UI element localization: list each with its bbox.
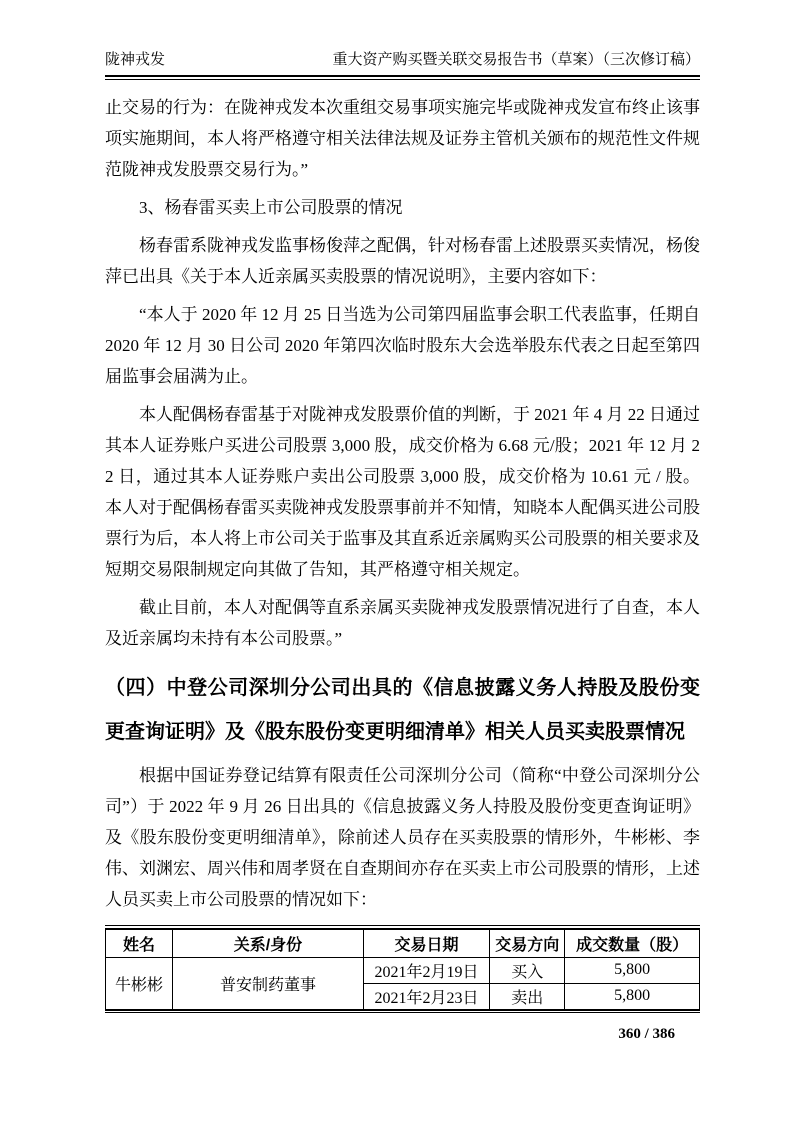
- section-heading-4: （四）中登公司深圳分公司出具的《信息披露义务人持股及股份变更查询证明》及《股东股…: [105, 666, 700, 754]
- cell-quantity: 5,800: [565, 983, 700, 1010]
- column-header-quantity: 成交数量（股）: [565, 929, 700, 958]
- document-body: 止交易的行为：在陇神戎发本次重组交易事项实施完毕或陇神戎发宣布终止该事项实施期间…: [105, 92, 700, 1013]
- running-header: 陇神戎发 重大资产购买暨关联交易报告书（草案）（三次修订稿）: [105, 50, 700, 70]
- cell-name: 牛彬彬: [106, 957, 173, 1010]
- cell-direction: 卖出: [490, 983, 565, 1010]
- column-header-relation: 关系/身份: [173, 929, 364, 958]
- paragraph-continuation: 止交易的行为：在陇神戎发本次重组交易事项实施完毕或陇神戎发宣布终止该事项实施期间…: [105, 92, 700, 185]
- column-header-direction: 交易方向: [490, 929, 565, 958]
- table-header-row: 姓名 关系/身份 交易日期 交易方向 成交数量（股）: [106, 929, 700, 958]
- paragraph-quote-3: 截止目前，本人对配偶等直系亲属买卖陇神戎发股票情况进行了自查，本人及近亲属均未持…: [105, 592, 700, 654]
- table-row: 牛彬彬 普安制药董事 2021年2月19日 买入 5,800: [106, 957, 700, 983]
- cell-relation: 普安制药董事: [173, 957, 364, 1010]
- header-company-name: 陇神戎发: [105, 50, 165, 70]
- document-page: 陇神戎发 重大资产购买暨关联交易报告书（草案）（三次修订稿） 止交易的行为：在陇…: [0, 0, 793, 1122]
- paragraph-quote-2: 本人配偶杨春雷基于对陇神戎发股票价值的判断，于 2021 年 4 月 22 日通…: [105, 399, 700, 585]
- trades-table-wrapper: 姓名 关系/身份 交易日期 交易方向 成交数量（股） 牛彬彬 普安制药董事 20…: [105, 925, 700, 1013]
- cell-date: 2021年2月23日: [363, 983, 490, 1010]
- paragraph-section-intro: 根据中国证券登记结算有限责任公司深圳分公司（简称“中登公司深圳分公司”）于 20…: [105, 760, 700, 915]
- sub-heading-3: 3、杨春雷买卖上市公司股票的情况: [105, 192, 700, 223]
- column-header-name: 姓名: [106, 929, 173, 958]
- page-number: 360 / 386: [618, 1026, 675, 1042]
- header-report-title: 重大资产购买暨关联交易报告书（草案）（三次修订稿）: [332, 50, 700, 70]
- header-divider: [105, 75, 700, 80]
- column-header-date: 交易日期: [363, 929, 490, 958]
- page-footer: 360 / 386: [105, 1026, 700, 1043]
- cell-quantity: 5,800: [565, 957, 700, 983]
- paragraph-quote-1: “本人于 2020 年 12 月 25 日当选为公司第四届监事会职工代表监事，任…: [105, 299, 700, 392]
- cell-date: 2021年2月19日: [363, 957, 490, 983]
- trades-table: 姓名 关系/身份 交易日期 交易方向 成交数量（股） 牛彬彬 普安制药董事 20…: [105, 928, 700, 1011]
- cell-direction: 买入: [490, 957, 565, 983]
- paragraph-intro: 杨春雷系陇神戎发监事杨俊萍之配偶，针对杨春雷上述股票买卖情况，杨俊萍已出具《关于…: [105, 230, 700, 292]
